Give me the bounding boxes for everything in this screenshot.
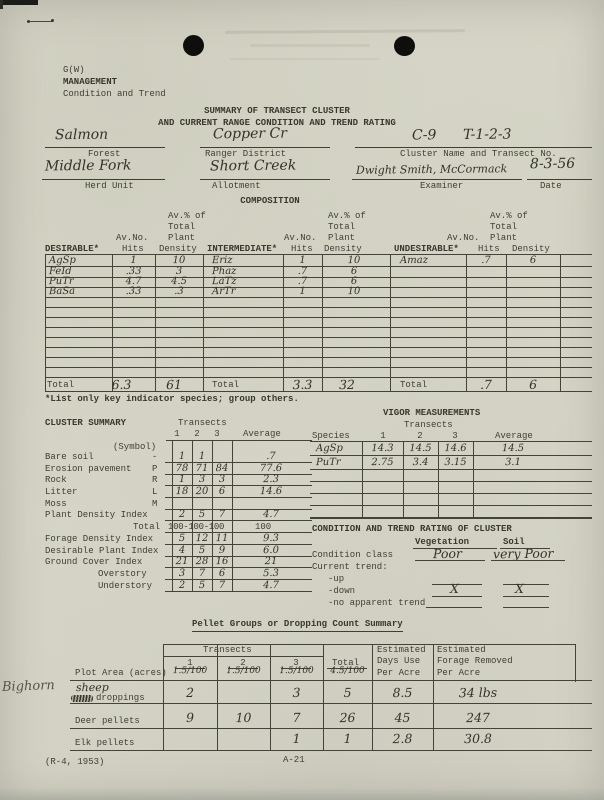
cell: 14.3 bbox=[362, 443, 403, 454]
elk-pellets-label: Elk pellets bbox=[75, 738, 134, 749]
soil-down-mark: X bbox=[515, 581, 524, 596]
cell: 21 bbox=[172, 556, 192, 567]
page-number: A-21 bbox=[283, 755, 305, 766]
cell: 26 bbox=[323, 710, 372, 726]
cell: 45 bbox=[372, 710, 433, 726]
scan-bottom-edge bbox=[0, 788, 604, 800]
table-line bbox=[70, 728, 592, 729]
row-label: Erosion pavement bbox=[45, 464, 131, 475]
table-line bbox=[45, 317, 592, 318]
transect-col-2: 2 bbox=[190, 429, 204, 440]
form-subsection: Condition and Trend bbox=[63, 89, 166, 100]
cell: 34 lbs bbox=[433, 685, 523, 701]
date-label: Date bbox=[540, 181, 562, 192]
staple-dot-left bbox=[27, 20, 30, 23]
density-cell: .3 bbox=[155, 286, 203, 298]
deer-pellets-label: Deer pellets bbox=[75, 716, 140, 727]
days-use-header: Per Acre bbox=[377, 668, 420, 679]
table-line bbox=[310, 493, 592, 494]
row-label-total: Total bbox=[133, 522, 160, 533]
hits-cell: 1 bbox=[283, 255, 322, 266]
cell: 3.15 bbox=[438, 457, 473, 468]
ranger-district-value: Copper Cr bbox=[213, 126, 287, 143]
composition-title: COMPOSITION bbox=[68, 196, 472, 207]
days-use-header: Estimated bbox=[377, 645, 426, 656]
cell: 12 bbox=[192, 533, 212, 544]
condition-class-label: Condition class bbox=[312, 550, 393, 561]
species-cell: Eriz bbox=[212, 255, 233, 266]
cell: 71 bbox=[192, 463, 212, 474]
row-symbol: P bbox=[152, 464, 157, 475]
total-hits-intermediate: 3.3 bbox=[283, 377, 322, 392]
allotment-label: Allotment bbox=[212, 181, 261, 192]
page-title: SUMMARY OF TRANSECT CLUSTER bbox=[75, 106, 479, 117]
herd-unit-label: Herd Unit bbox=[85, 181, 134, 192]
cell: 7 bbox=[192, 568, 212, 579]
row-label: Forage Density Index bbox=[45, 534, 153, 545]
total-density-desirable: 61 bbox=[150, 377, 198, 393]
allotment-value: Short Creek bbox=[210, 158, 296, 175]
cell: 78 bbox=[172, 463, 192, 474]
table-line bbox=[165, 591, 312, 592]
table-line bbox=[310, 505, 592, 506]
hits-cell: .33 bbox=[112, 286, 155, 297]
bleedthrough-smudge bbox=[225, 29, 465, 34]
cell: 3.4 bbox=[403, 457, 438, 468]
trend-up-label: -up bbox=[328, 574, 344, 585]
date-value: 8-3-56 bbox=[530, 156, 575, 172]
cell: 1 bbox=[323, 731, 372, 747]
total-label: Total bbox=[400, 380, 427, 391]
fill-line bbox=[503, 596, 549, 597]
col-hdr-total: Total bbox=[168, 222, 195, 233]
row-label: Litter bbox=[45, 487, 77, 498]
symbol-header: (Symbol) bbox=[113, 442, 156, 453]
cell: 5 bbox=[192, 580, 212, 591]
forage-removed-header: Forage Removed bbox=[437, 656, 513, 667]
scan-corner-mark bbox=[0, 0, 38, 5]
total-density-undesirable: 6 bbox=[506, 377, 560, 393]
row-label: Moss bbox=[45, 499, 67, 510]
scan-edge-mark bbox=[0, 0, 3, 9]
cell: 6 bbox=[212, 568, 232, 579]
cell-average: 77.6 bbox=[235, 463, 307, 475]
cell: 7 bbox=[212, 509, 232, 520]
cell-average: 6.0 bbox=[235, 545, 307, 557]
col-hdr-avpct: Av.% of bbox=[328, 211, 366, 222]
cluster-transects-label: Transects bbox=[178, 418, 227, 429]
total-hits-desirable: 6.3 bbox=[100, 377, 143, 392]
cell-average: 21 bbox=[235, 556, 307, 568]
density-cell: 10 bbox=[155, 255, 203, 267]
col-hdr-plant: Plant bbox=[168, 233, 195, 244]
table-line bbox=[70, 750, 592, 751]
table-line bbox=[70, 703, 592, 704]
transect-col-3: 3 bbox=[210, 429, 224, 440]
total-label: Total bbox=[47, 380, 74, 391]
cell: 14.6 bbox=[438, 443, 473, 454]
cell: 20 bbox=[192, 486, 212, 497]
cell: 247 bbox=[433, 710, 523, 726]
cell: 3 bbox=[192, 474, 212, 485]
cell: 8.5 bbox=[372, 685, 433, 701]
table-line bbox=[165, 520, 312, 521]
row-label: Desirable Plant Index bbox=[45, 546, 158, 557]
herd-unit-line bbox=[42, 179, 165, 180]
date-line bbox=[527, 179, 592, 180]
row-label: Rock bbox=[45, 475, 67, 486]
cell: 6 bbox=[212, 486, 232, 497]
cell: 3 bbox=[212, 474, 232, 485]
bleedthrough-smudge bbox=[230, 58, 380, 60]
table-line bbox=[45, 307, 592, 308]
cell: 1 bbox=[172, 474, 192, 485]
cell: 1.5/100 bbox=[270, 666, 323, 677]
table-line bbox=[45, 347, 592, 348]
trend-none-label: -no apparent trend bbox=[328, 598, 425, 609]
row-symbol: R bbox=[152, 475, 157, 486]
cell: 9 bbox=[163, 710, 217, 726]
cell-average: 14.5 bbox=[478, 443, 548, 455]
fill-line bbox=[491, 560, 565, 561]
average-col-header: Average bbox=[243, 429, 281, 440]
fill-line bbox=[415, 560, 485, 561]
plot-area-label: Plot Area (acres) bbox=[75, 668, 167, 679]
forage-removed-header: Per Acre bbox=[437, 668, 480, 679]
density-cell: 10 bbox=[322, 255, 386, 267]
col-hdr-avno: Av.No. bbox=[447, 233, 479, 244]
col-hdr-avpct: Av.% of bbox=[168, 211, 206, 222]
form-code: G(W) bbox=[63, 65, 85, 76]
forage-removed-header: Estimated bbox=[437, 645, 486, 656]
cell: 4 bbox=[172, 545, 192, 556]
table-line bbox=[70, 680, 592, 681]
col-hdr-total: Total bbox=[328, 222, 355, 233]
table-line bbox=[310, 441, 592, 442]
table-line bbox=[166, 440, 312, 441]
margin-note-bighorn: Bighorn bbox=[2, 678, 55, 695]
cell: 18 bbox=[172, 486, 192, 497]
hole-punch-left bbox=[183, 35, 204, 56]
vigor-title: VIGOR MEASUREMENTS bbox=[383, 408, 480, 419]
species-cell: AgSp bbox=[49, 255, 76, 266]
cell: 1 bbox=[192, 451, 212, 462]
total-label: Total bbox=[212, 380, 239, 391]
species-cell: ArTr bbox=[212, 286, 236, 297]
fill-line bbox=[503, 584, 549, 585]
scanned-form-page: G(W) MANAGEMENT Condition and Trend SUMM… bbox=[0, 0, 604, 800]
table-line bbox=[310, 517, 592, 519]
staple-dot-right bbox=[51, 19, 54, 22]
forest-line bbox=[45, 147, 165, 148]
table-vline bbox=[575, 644, 576, 682]
species-cell: BaSa bbox=[49, 286, 75, 297]
cell: 1 bbox=[172, 451, 192, 462]
cell-average: .7 bbox=[235, 451, 307, 463]
cell: 5 bbox=[172, 533, 192, 544]
examiner-line bbox=[352, 179, 522, 180]
cell: 4.5/100 bbox=[323, 666, 372, 677]
table-vline bbox=[560, 254, 561, 391]
cell-average: 3.1 bbox=[478, 457, 548, 469]
total-density-intermediate: 32 bbox=[322, 377, 372, 393]
cell: 2.75 bbox=[362, 457, 403, 468]
density-cell: 6 bbox=[506, 255, 560, 267]
days-use-header: Days Use bbox=[377, 656, 420, 667]
table-line bbox=[45, 297, 592, 298]
hits-cell: .7 bbox=[466, 255, 506, 266]
pellet-transects-label: Transects bbox=[203, 645, 252, 656]
vigor-transects-label: Transects bbox=[404, 420, 453, 431]
col-hdr-total: Total bbox=[490, 222, 517, 233]
cell: 84 bbox=[212, 463, 232, 474]
struck-out-word bbox=[71, 695, 93, 702]
forest-value: Salmon bbox=[55, 127, 108, 144]
cell: 5 bbox=[323, 685, 372, 701]
cell-average: 4.7 bbox=[235, 509, 307, 521]
table-vline bbox=[203, 254, 204, 391]
species-cell: Amaz bbox=[400, 255, 428, 266]
bleedthrough-smudge bbox=[250, 44, 370, 47]
cell: 1 bbox=[270, 731, 323, 747]
row-label: Overstory bbox=[98, 569, 147, 580]
ranger-district-line bbox=[200, 147, 330, 148]
density-cell: 10 bbox=[322, 286, 386, 298]
composition-footnote: *List only key indicator species; group … bbox=[45, 394, 299, 405]
cluster-summary-title: CLUSTER SUMMARY bbox=[45, 418, 126, 429]
examiner-value: Dwight Smith, McCormack bbox=[356, 162, 507, 177]
cell: 14.5 bbox=[403, 443, 438, 454]
cell: 2.8 bbox=[372, 731, 433, 747]
condition-title: CONDITION AND TREND RATING OF CLUSTER bbox=[312, 524, 512, 535]
cell: 7 bbox=[270, 710, 323, 726]
vigor-species-cell: AgSp bbox=[316, 443, 343, 454]
fill-line bbox=[503, 607, 549, 608]
fill-line bbox=[426, 607, 482, 608]
cell-average: 14.6 bbox=[235, 486, 307, 498]
trend-down-label: -down bbox=[328, 586, 355, 597]
form-number: (R-4, 1953) bbox=[45, 757, 104, 768]
total-hits-undesirable: .7 bbox=[466, 377, 506, 392]
hole-punch-right bbox=[394, 36, 415, 56]
cell: 3 bbox=[172, 568, 192, 579]
cell: 9 bbox=[212, 545, 232, 556]
cell: 5 bbox=[192, 509, 212, 520]
row-label: Bare soil bbox=[45, 452, 94, 463]
table-line bbox=[163, 656, 323, 657]
cell-average: 5.3 bbox=[235, 568, 307, 580]
row-symbol: - bbox=[152, 452, 157, 463]
cell: 28 bbox=[192, 556, 212, 567]
cluster-name-line bbox=[355, 147, 592, 148]
herd-unit-value: Middle Fork bbox=[45, 158, 132, 175]
table-line bbox=[310, 481, 592, 482]
transect-col-1: 1 bbox=[170, 429, 184, 440]
soil-class-value: very Poor bbox=[493, 546, 554, 562]
pellet-title: Pellet Groups or Dropping Count Summary bbox=[192, 619, 403, 632]
table-vline bbox=[466, 254, 467, 391]
table-vline bbox=[45, 254, 46, 391]
cell: 30.8 bbox=[433, 731, 523, 747]
table-line bbox=[310, 469, 592, 470]
row-symbol: M bbox=[152, 499, 157, 510]
cell: 5 bbox=[192, 545, 212, 556]
table-line bbox=[45, 367, 592, 368]
table-line bbox=[45, 337, 592, 338]
cell: 16 bbox=[212, 556, 232, 567]
vegetation-down-mark: X bbox=[450, 581, 459, 596]
cell-average: 2.3 bbox=[235, 474, 307, 486]
vigor-species-cell: PuTr bbox=[316, 457, 341, 468]
cell: 2 bbox=[172, 509, 192, 520]
allotment-line bbox=[200, 179, 330, 180]
cell: 1.5/100 bbox=[163, 666, 217, 677]
table-vline bbox=[506, 254, 507, 391]
table-line bbox=[165, 497, 312, 498]
table-line bbox=[45, 357, 592, 358]
examiner-label: Examiner bbox=[420, 181, 463, 192]
col-hdr-plant: Plant bbox=[490, 233, 517, 244]
hits-cell: 1 bbox=[283, 286, 322, 297]
cluster-name-value: C-9 T-1-2-3 bbox=[412, 126, 512, 143]
table-line bbox=[45, 327, 592, 328]
cell: 2 bbox=[172, 580, 192, 591]
cell: 7 bbox=[212, 580, 232, 591]
col-hdr-avpct: Av.% of bbox=[490, 211, 528, 222]
staple-mark bbox=[28, 21, 53, 22]
col-hdr-avno: Av.No. bbox=[284, 233, 316, 244]
row-symbol: L bbox=[152, 487, 157, 498]
cell-average: 4.7 bbox=[235, 580, 307, 592]
hits-cell: 1 bbox=[112, 255, 155, 266]
cell: 11 bbox=[212, 533, 232, 544]
cell: 2 bbox=[163, 685, 217, 701]
col-hdr-avno: Av.No. bbox=[116, 233, 148, 244]
row-label: Understory bbox=[98, 581, 152, 592]
cell: 1.5/100 bbox=[217, 666, 270, 677]
table-vline bbox=[217, 644, 218, 750]
table-vline bbox=[390, 254, 391, 391]
cell: 3 bbox=[270, 685, 323, 701]
row-label: Ground Cover Index bbox=[45, 557, 142, 568]
cell-average: 9.3 bbox=[235, 533, 307, 545]
current-trend-label: Current trend: bbox=[312, 562, 388, 573]
vegetation-class-value: Poor bbox=[433, 546, 462, 561]
table-line bbox=[310, 455, 592, 456]
fill-line bbox=[432, 596, 482, 597]
col-hdr-plant: Plant bbox=[328, 233, 355, 244]
row-label: Plant Density Index bbox=[45, 510, 148, 521]
form-section: MANAGEMENT bbox=[63, 77, 117, 88]
cell: 10 bbox=[217, 710, 270, 726]
